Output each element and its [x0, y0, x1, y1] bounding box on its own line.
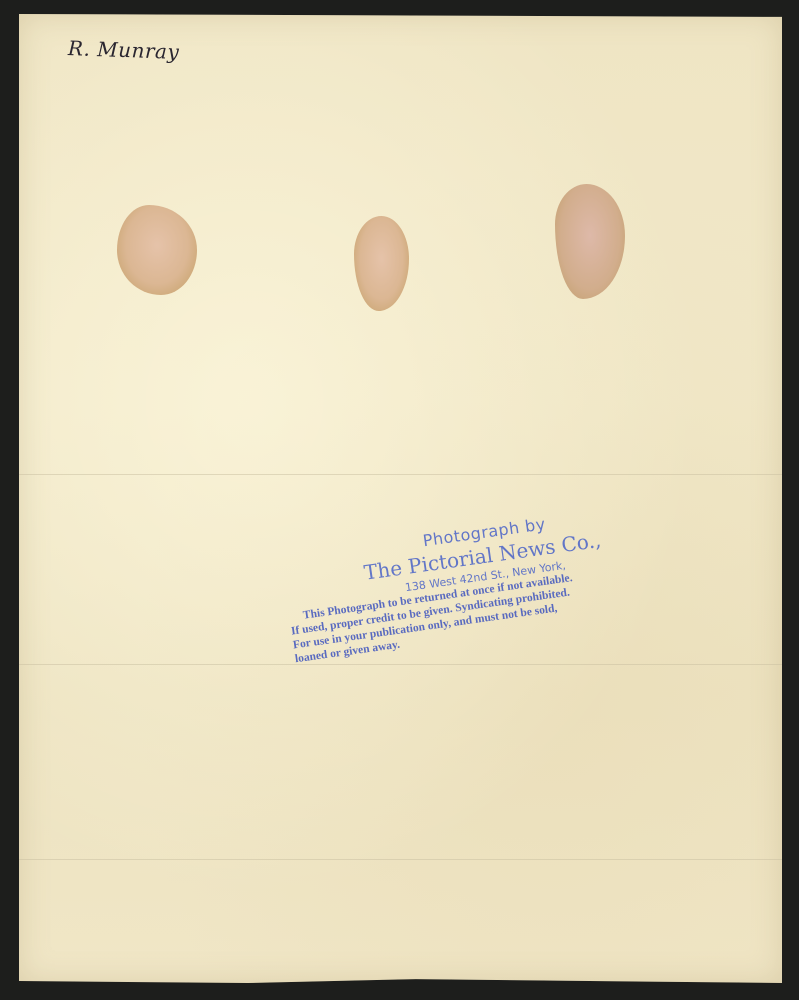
paper-crease	[19, 474, 782, 475]
paper-crease	[19, 664, 782, 665]
paper-crease	[19, 859, 782, 860]
handwritten-note: R. Munray	[68, 36, 180, 64]
